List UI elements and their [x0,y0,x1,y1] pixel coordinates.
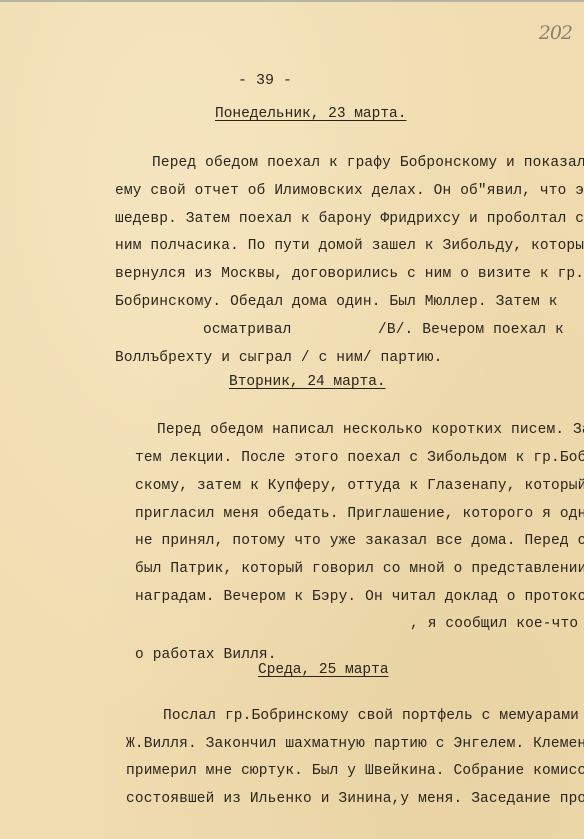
section-heading-monday: Понедельник, 23 марта. [215,106,406,122]
section-heading-wednesday: Среда, 25 марта [258,662,389,678]
text-line: скому, затем к Купферу, оттуда к Глазена… [135,478,584,494]
text-line: Перед обедом написал несколько коротких … [157,422,584,438]
text-line: не принял, потому что уже заказал все до… [135,533,584,549]
text-line: наградам. Вечером к Бэру. Он читал докла… [135,589,584,605]
text-line: Послал гр.Бобринскому свой портфель с ме… [163,708,579,724]
text-line: был Патрик, который говорил со мной о пр… [135,561,584,577]
text-line: Бобринскому. Обедал дома один. Был Мюлле… [115,294,558,310]
text-line: ним полчасика. По пути домой зашел к Зиб… [115,238,584,254]
text-line: пригласил меня обедать. Приглашение, кот… [135,506,584,522]
text-line: Перед обедом поехал к графу Бобронскому … [152,155,584,171]
text-line: ему свой отчет об Илимовских делах. Он о… [115,183,584,199]
text-line-handwritten-mark: /В/. Вечером поехал к [378,322,564,338]
text-line: Воллъбрехту и сыграл / с ним/ партию. [115,350,443,366]
text-line: состоявшей из Ильенко и Зинина,у меня. З… [126,791,584,807]
scan-top-edge [0,0,584,2]
text-line: , я сообщил кое-что [410,616,578,632]
text-line: о работах Вилля. [135,647,277,663]
section-heading-tuesday: Вторник, 24 марта. [229,374,386,390]
archive-folio-number: 202 [539,22,572,44]
text-line: вернулся из Москвы, договорились с ним о… [115,266,584,282]
text-line: Ж.Вилля. Закончил шахматную партию с Энг… [126,736,584,752]
text-line: осматривал [203,322,292,338]
text-line: примерил мне сюртук. Был у Швейкина. Соб… [126,763,584,779]
text-line: шедевр. Затем поехал к барону Фридрихсу … [115,211,584,227]
page-number: - 39 - [238,72,292,89]
text-line: тем лекции. После этого поехал с Зибольд… [135,450,584,466]
